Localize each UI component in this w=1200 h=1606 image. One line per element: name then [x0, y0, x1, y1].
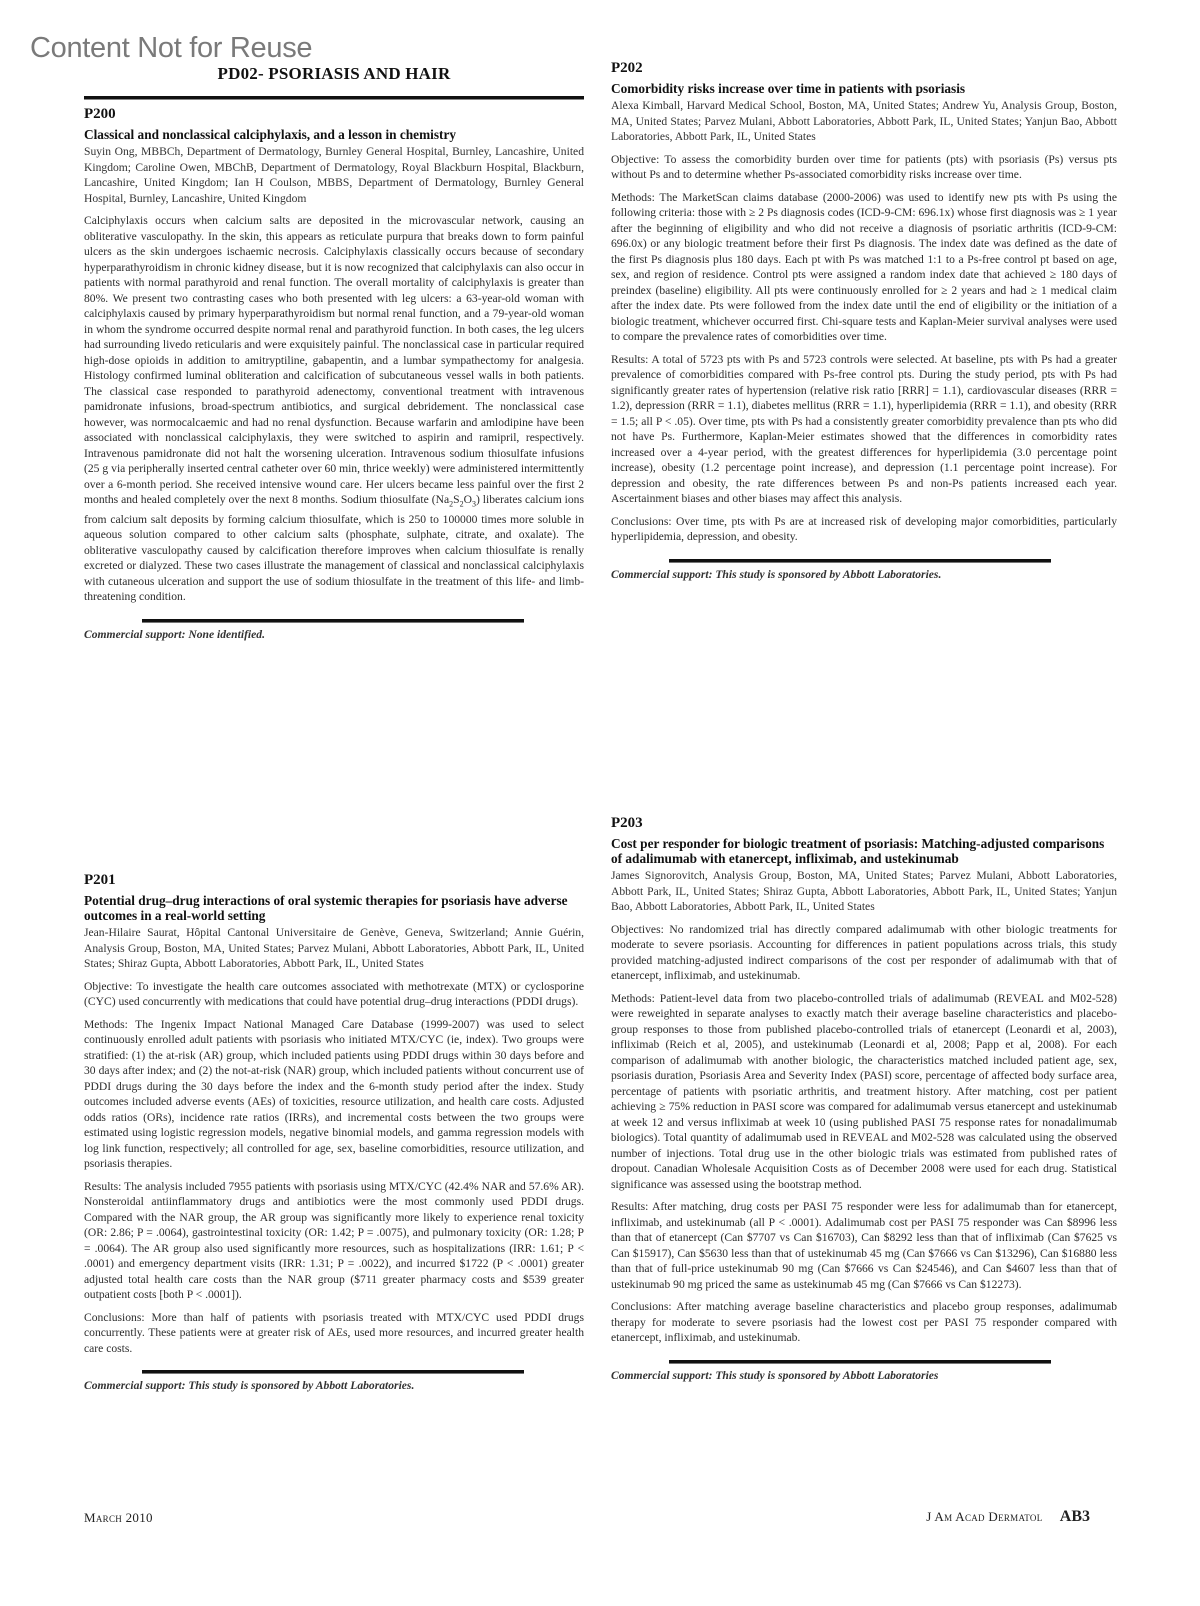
abstract-results: Results: The analysis included 7955 pati… [84, 1179, 584, 1303]
abstract-authors: James Signorovitch, Analysis Group, Bost… [611, 868, 1117, 915]
support-divider [142, 619, 524, 623]
abstract-id: P201 [84, 872, 584, 889]
abstract-objective: Objective: To assess the comorbidity bur… [611, 152, 1117, 183]
body-text: ) liberates calcium ions from calcium sa… [84, 493, 584, 603]
abstract-title: Potential drug–drug interactions of oral… [84, 893, 584, 923]
abstract-results: Results: After matching, drug costs per … [611, 1199, 1117, 1292]
support-divider [669, 1360, 1051, 1364]
abstract-objective: Objective: To investigate the health car… [84, 979, 584, 1010]
abstract-id: P200 [84, 106, 584, 123]
abstract-conclusions: Conclusions: Over time, pts with Ps are … [611, 514, 1117, 545]
section-divider [84, 96, 584, 100]
commercial-support: Commercial support: None identified. [84, 628, 584, 641]
footer-date: March 2010 [84, 1510, 153, 1526]
support-divider [669, 559, 1051, 563]
abstract-id: P202 [611, 60, 1117, 77]
footer-journal-info: J Am Acad Dermatol AB3 [926, 1508, 1090, 1526]
commercial-support: Commercial support: This study is sponso… [611, 1369, 1117, 1382]
abstract-results: Results: A total of 5723 pts with Ps and… [611, 352, 1117, 507]
abstract-conclusions: Conclusions: After matching average base… [611, 1299, 1117, 1346]
body-text: Calciphylaxis occurs when calcium salts … [84, 214, 584, 506]
abstract-authors: Jean-Hilaire Saurat, Hôpital Cantonal Un… [84, 925, 584, 972]
support-divider [142, 1370, 524, 1374]
abstract-authors: Alexa Kimball, Harvard Medical School, B… [611, 98, 1117, 145]
commercial-support: Commercial support: This study is sponso… [84, 1379, 584, 1392]
abstract-conclusions: Conclusions: More than half of patients … [84, 1310, 584, 1357]
page-number: AB3 [1060, 1508, 1090, 1525]
commercial-support: Commercial support: This study is sponso… [611, 568, 1117, 581]
abstract-id: P203 [611, 815, 1117, 832]
abstract-title: Cost per responder for biologic treatmen… [611, 836, 1117, 866]
abstract-body: Calciphylaxis occurs when calcium salts … [84, 213, 584, 605]
abstract-p201: P201 Potential drug–drug interactions of… [84, 872, 584, 1392]
abstract-methods: Methods: Patient-level data from two pla… [611, 991, 1117, 1193]
abstract-methods: Methods: The Ingenix Impact National Man… [84, 1017, 584, 1172]
abstract-authors: Suyin Ong, MBBCh, Department of Dermatol… [84, 144, 584, 206]
abstract-methods: Methods: The MarketScan claims database … [611, 190, 1117, 345]
abstract-title: Classical and nonclassical calciphylaxis… [84, 127, 584, 142]
abstract-title: Comorbidity risks increase over time in … [611, 81, 1117, 96]
abstract-p200: P200 Classical and nonclassical calciphy… [84, 106, 584, 641]
section-title: PD02- PSORIASIS AND HAIR [84, 64, 584, 84]
footer-journal: J Am Acad Dermatol [926, 1509, 1042, 1524]
abstract-objectives: Objectives: No randomized trial has dire… [611, 922, 1117, 984]
formula-part: O [464, 493, 472, 506]
watermark: Content Not for Reuse [30, 32, 312, 65]
abstract-p203: P203 Cost per responder for biologic tre… [611, 815, 1117, 1382]
formula-part: Na [436, 493, 450, 506]
abstract-p202: P202 Comorbidity risks increase over tim… [611, 60, 1117, 581]
